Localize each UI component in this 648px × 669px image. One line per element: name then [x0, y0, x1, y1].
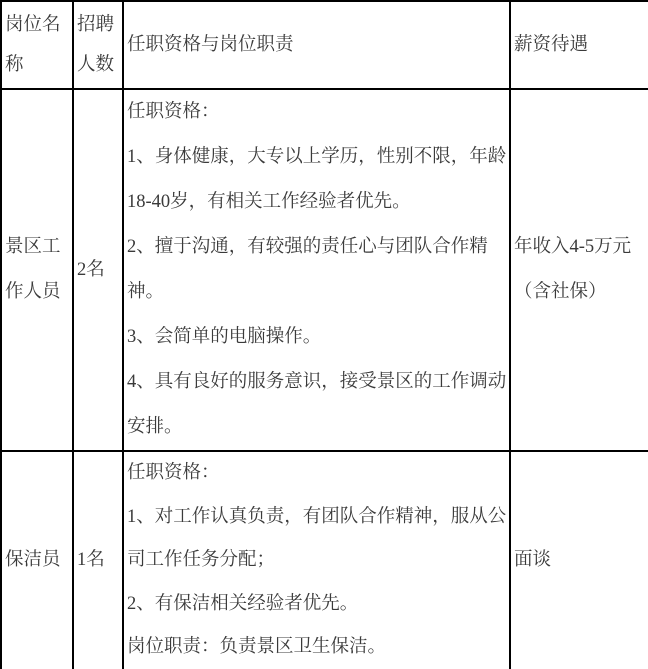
- details-line: 2、擅于沟通，有较强的责任心与团队合作精: [127, 225, 507, 270]
- salary-cell: 面谈: [510, 451, 648, 669]
- details-line: 2、有保洁相关经验者优先。: [127, 583, 507, 627]
- position-name: 景区工作人员: [5, 225, 70, 315]
- details-line: 任职资格：: [127, 90, 507, 135]
- qualifications-cell: 任职资格： 1、对工作认真负责，有团队合作精神，服从公 司工作任务分配； 2、有…: [123, 451, 510, 669]
- details-line: 任职资格：: [127, 452, 507, 496]
- recruitment-document: 岗位名称 招聘人数 任职资格与岗位职责 薪资待遇 景区工作人员 2名 任职资格：…: [0, 0, 648, 669]
- position-name-cell: 景区工作人员: [1, 89, 73, 451]
- job-positions-table: 岗位名称 招聘人数 任职资格与岗位职责 薪资待遇 景区工作人员 2名 任职资格：…: [0, 0, 648, 669]
- details-line: 1、对工作认真负责，有团队合作精神，服从公: [127, 496, 507, 540]
- salary-line: 年收入4-5万元: [514, 225, 646, 270]
- salary-cell: 年收入4-5万元 （含社保）: [510, 89, 648, 451]
- position-name-cell: 保洁员: [1, 451, 73, 669]
- header-position-name: 岗位名称: [1, 1, 73, 89]
- headcount-cell: 1名: [73, 451, 123, 669]
- salary-line: 面谈: [514, 538, 646, 583]
- details-line: 4、具有良好的服务意识，接受景区的工作调动: [127, 360, 507, 405]
- table-header-row: 岗位名称 招聘人数 任职资格与岗位职责 薪资待遇: [1, 1, 648, 89]
- header-salary: 薪资待遇: [510, 1, 648, 89]
- details-line: 1、身体健康，大专以上学历，性别不限，年龄: [127, 135, 507, 180]
- table-row: 保洁员 1名 任职资格： 1、对工作认真负责，有团队合作精神，服从公 司工作任务…: [1, 451, 648, 669]
- details-line: 神。: [127, 270, 507, 315]
- table-row: 景区工作人员 2名 任职资格： 1、身体健康，大专以上学历，性别不限，年龄 18…: [1, 89, 648, 451]
- headcount-cell: 2名: [73, 89, 123, 451]
- details-line: 司工作任务分配；: [127, 539, 507, 583]
- header-headcount: 招聘人数: [73, 1, 123, 89]
- position-name: 保洁员: [5, 538, 70, 583]
- details-line: 安排。: [127, 405, 507, 450]
- salary-line: （含社保）: [514, 270, 646, 315]
- details-line: 岗位职责：负责景区卫生保洁。: [127, 626, 507, 669]
- qualifications-cell: 任职资格： 1、身体健康，大专以上学历，性别不限，年龄 18-40岁，有相关工作…: [123, 89, 510, 451]
- headcount-value: 2名: [77, 248, 120, 293]
- header-qualifications-duties: 任职资格与岗位职责: [123, 1, 510, 89]
- details-line: 18-40岁，有相关工作经验者优先。: [127, 180, 507, 225]
- details-line: 3、会简单的电脑操作。: [127, 315, 507, 360]
- headcount-value: 1名: [77, 538, 120, 583]
